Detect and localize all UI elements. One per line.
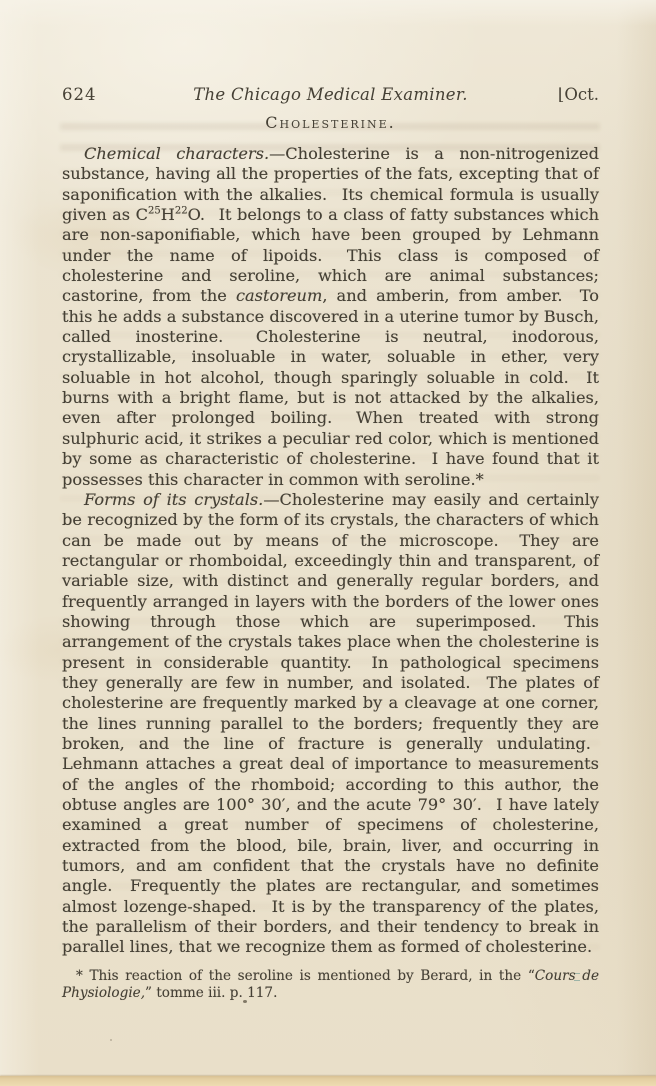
- page-bottom-edge: [0, 1076, 656, 1086]
- body-paragraph: Chemical characters.—Cholesterine is a n…: [62, 144, 599, 490]
- issue-date: ⌊Oct.: [558, 85, 599, 104]
- body-paragraph: Forms of its crystals.—Cholesterine may …: [62, 490, 599, 958]
- page-number: 624: [62, 85, 97, 104]
- article-body: Chemical characters.—Cholesterine is a n…: [62, 144, 599, 1002]
- superscript-text: 22: [175, 206, 188, 217]
- journal-title: The Chicago Medical Examiner.: [193, 85, 468, 104]
- text-segment: ” tomme iii. p. 117.: [145, 985, 277, 1001]
- superscript-text: 25: [148, 206, 161, 217]
- running-header: 624 The Chicago Medical Examiner. ⌊Oct.: [62, 85, 599, 104]
- text-segment: —Cholesterine may easily and certainly b…: [62, 490, 599, 957]
- ink-speck: [110, 1039, 112, 1041]
- page-top-edge: [0, 0, 656, 26]
- article-heading: Cholesterine.: [62, 113, 599, 132]
- text-segment: H: [161, 205, 175, 224]
- text-segment: * This reaction of the seroline is menti…: [76, 968, 535, 984]
- italic-text: Chemical characters.: [84, 144, 269, 163]
- text-segment: , and amberin, from amber. To this he ad…: [62, 286, 599, 488]
- italic-text: castoreum: [236, 286, 322, 305]
- scanned-book-page: 624 The Chicago Medical Examiner. ⌊Oct. …: [0, 0, 656, 1086]
- italic-text: Forms of its crystals.: [84, 490, 263, 509]
- footnote: * This reaction of the seroline is menti…: [62, 968, 599, 1002]
